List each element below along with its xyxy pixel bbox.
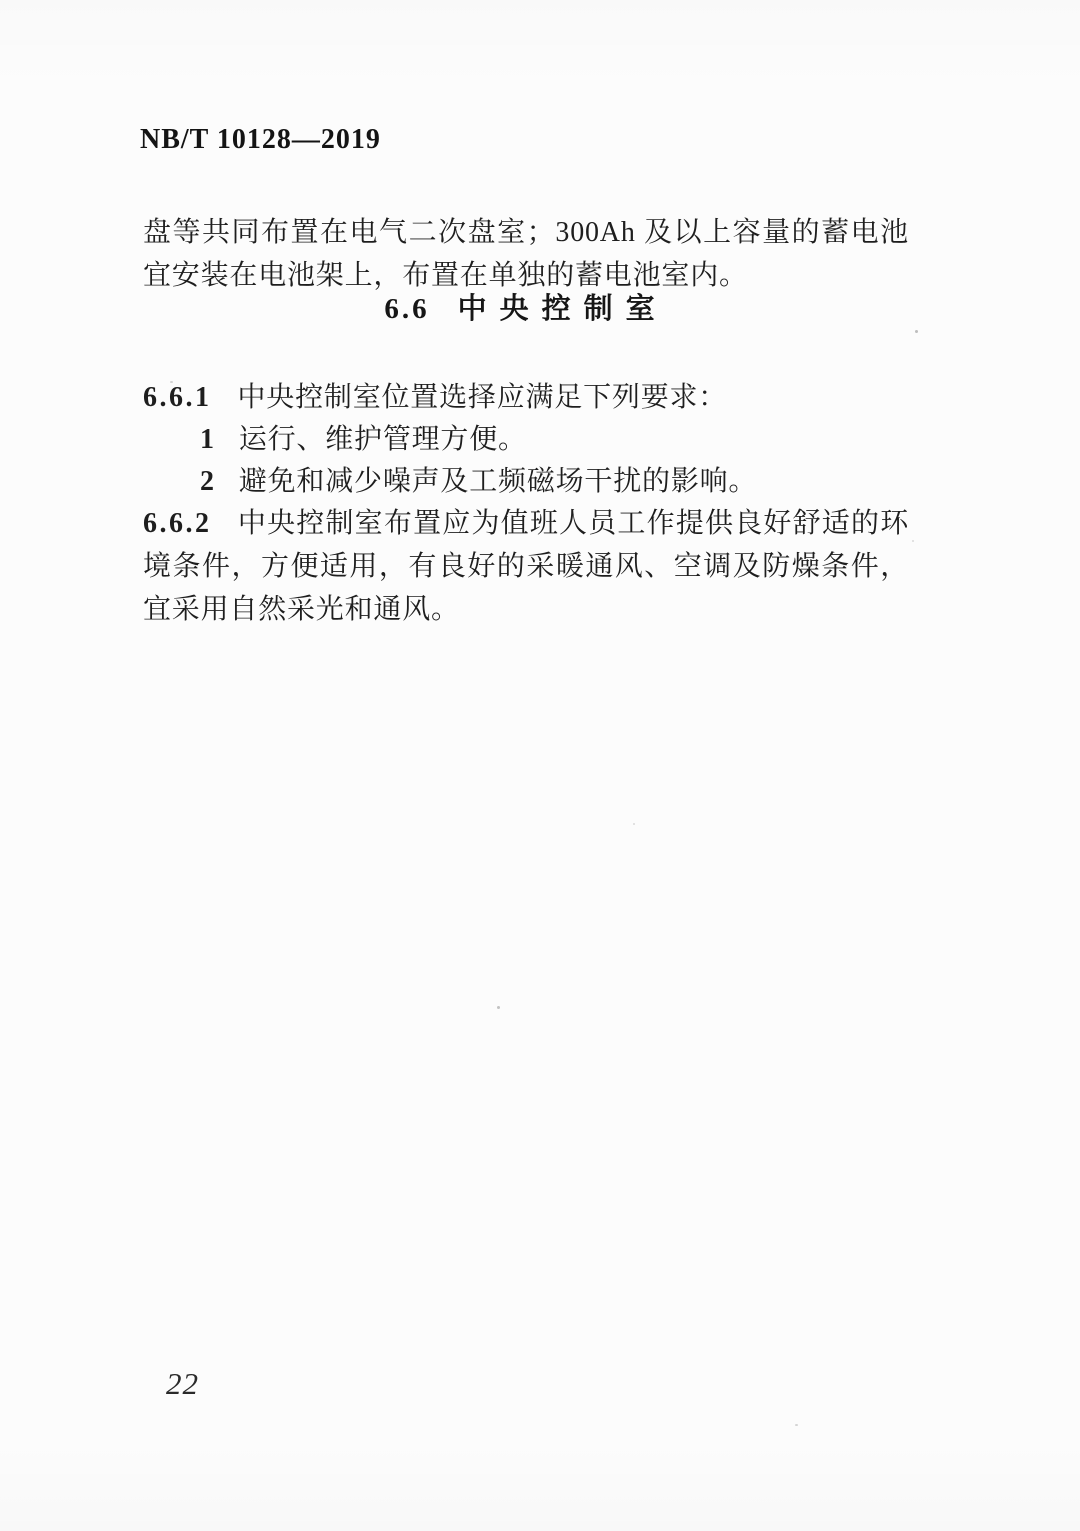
section-number: 6.6 <box>384 293 429 325</box>
clause-6-6-2-text: 中央控制室布置应为值班人员工作提供良好舒适的环境条件，方便适用，有良好的采暖通风… <box>143 508 909 625</box>
list-item-1: 1运行、维护管理方便。 <box>143 418 966 461</box>
clause-6-6-1-text: 中央控制室位置选择应满足下列要求： <box>238 382 728 413</box>
page-number: 22 <box>166 1366 199 1402</box>
scan-speck <box>912 540 914 542</box>
scan-speck <box>915 330 918 333</box>
clause-6-6-2-number: 6.6.2 <box>143 508 212 539</box>
clause-6-6-1-number: 6.6.1 <box>143 382 212 413</box>
clause-6-6-2: 6.6.2中央控制室布置应为值班人员工作提供良好舒适的环境条件，方便适用，有良好… <box>143 502 909 631</box>
section-title: 中央控制室 <box>458 293 668 325</box>
list-item-2-text: 避免和减少噪声及工频磁场干扰的影响。 <box>239 466 757 497</box>
list-item-1-text: 运行、维护管理方便。 <box>239 424 527 455</box>
standard-code-header: NB/T 10128—2019 <box>140 124 381 156</box>
list-item-2: 2避免和减少噪声及工频磁场干扰的影响。 <box>143 460 966 503</box>
list-item-2-number: 2 <box>200 466 215 497</box>
intro-paragraph: 盘等共同布置在电气二次盘室；300Ah 及以上容量的蓄电池宜安装在电池架上，布置… <box>143 211 909 297</box>
clause-6-6-1: 6.6.1中央控制室位置选择应满足下列要求： <box>143 376 909 419</box>
scan-speck <box>795 1424 798 1426</box>
list-item-1-number: 1 <box>200 424 215 455</box>
scan-speck <box>497 1006 500 1009</box>
scan-speck <box>633 823 635 825</box>
document-page: NB/T 10128—2019 盘等共同布置在电气二次盘室；300Ah 及以上容… <box>0 0 1080 1531</box>
section-heading: 6.6中央控制室 <box>143 286 909 327</box>
